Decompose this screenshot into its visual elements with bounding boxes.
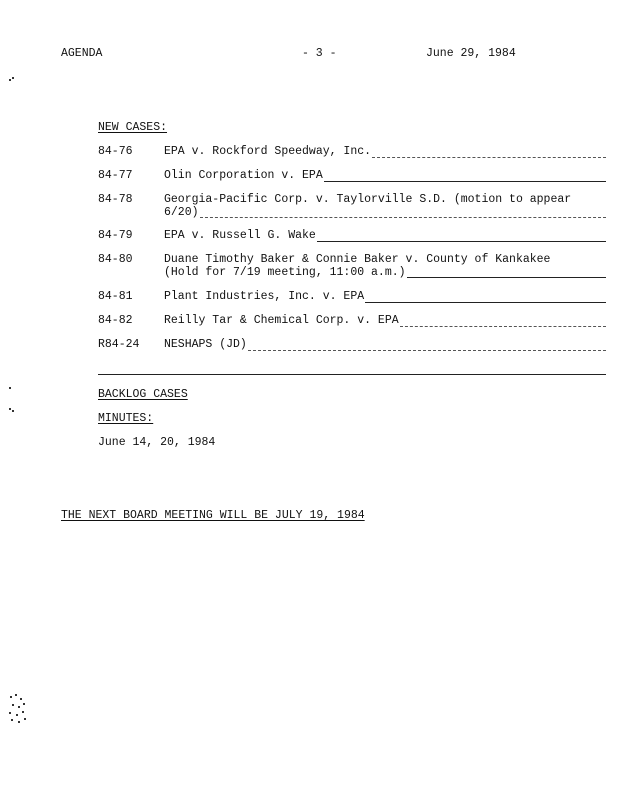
scan-artifact (12, 410, 14, 412)
case-title-text: EPA v. Rockford Speedway, Inc. (164, 146, 371, 158)
case-number: 84-81 (98, 291, 133, 303)
case-row: 84-77 Olin Corporation v. EPA (98, 170, 606, 184)
case-title-text: Reilly Tar & Chemical Corp. v. EPA (164, 315, 399, 327)
case-title: EPA v. Russell G. Wake (164, 230, 606, 242)
case-title: Georgia-Pacific Corp. v. Taylorville S.D… (164, 194, 606, 218)
next-meeting-notice: THE NEXT BOARD MEETING WILL BE JULY 19, … (61, 510, 365, 522)
case-title: NESHAPS (JD) (164, 339, 606, 351)
fill-line (407, 267, 606, 278)
case-title: Duane Timothy Baker & Connie Baker v. Co… (164, 254, 606, 278)
fill-line (365, 292, 606, 303)
header-agenda-label: AGENDA (61, 48, 102, 60)
fill-line (317, 231, 606, 242)
case-row: R84-24 NESHAPS (JD) (98, 339, 606, 353)
case-title-text: Plant Industries, Inc. v. EPA (164, 291, 364, 303)
scan-artifact (9, 387, 11, 389)
fill-line (248, 340, 606, 351)
scan-artifact (9, 408, 11, 410)
page-number: - 3 - (302, 48, 337, 60)
case-number: 84-79 (98, 230, 133, 242)
scan-artifact (12, 77, 14, 79)
case-row: 84-76 EPA v. Rockford Speedway, Inc. (98, 146, 606, 160)
case-row: 84-81 Plant Industries, Inc. v. EPA (98, 291, 606, 305)
case-number: 84-80 (98, 254, 133, 266)
minutes-dates: June 14, 20, 1984 (98, 437, 215, 449)
case-title-text: EPA v. Russell G. Wake (164, 230, 316, 242)
case-row: 84-79 EPA v. Russell G. Wake (98, 230, 606, 244)
case-number: 84-77 (98, 170, 133, 182)
scan-smudge (6, 692, 28, 728)
fill-line (324, 171, 606, 182)
blank-fill-line (98, 374, 606, 375)
minutes-heading: MINUTES: (98, 413, 153, 425)
fill-line (400, 316, 606, 327)
case-number: R84-24 (98, 339, 139, 351)
case-number: 84-82 (98, 315, 133, 327)
case-title-text: Duane Timothy Baker & Connie Baker v. Co… (164, 254, 606, 266)
new-cases-heading: NEW CASES: (98, 122, 167, 134)
case-title: EPA v. Rockford Speedway, Inc. (164, 146, 606, 158)
case-title-text: Olin Corporation v. EPA (164, 170, 323, 182)
case-row: 84-80 Duane Timothy Baker & Connie Baker… (98, 254, 606, 280)
backlog-cases-heading: BACKLOG CASES (98, 389, 188, 401)
case-title: Plant Industries, Inc. v. EPA (164, 291, 606, 303)
header-date: June 29, 1984 (426, 48, 516, 60)
case-title: Olin Corporation v. EPA (164, 170, 606, 182)
case-title-text: Georgia-Pacific Corp. v. Taylorville S.D… (164, 194, 606, 206)
case-row: 84-82 Reilly Tar & Chemical Corp. v. EPA (98, 315, 606, 329)
case-number: 84-76 (98, 146, 133, 158)
case-title-text: NESHAPS (JD) (164, 339, 247, 351)
fill-line (372, 147, 606, 158)
case-title-text-line2: (Hold for 7/19 meeting, 11:00 a.m.) (164, 267, 406, 279)
case-row: 84-78 Georgia-Pacific Corp. v. Taylorvil… (98, 194, 606, 220)
scan-artifact (9, 79, 11, 81)
case-title-text-line2: 6/20) (164, 207, 199, 219)
fill-line (200, 207, 606, 218)
case-title: Reilly Tar & Chemical Corp. v. EPA (164, 315, 606, 327)
case-number: 84-78 (98, 194, 133, 206)
